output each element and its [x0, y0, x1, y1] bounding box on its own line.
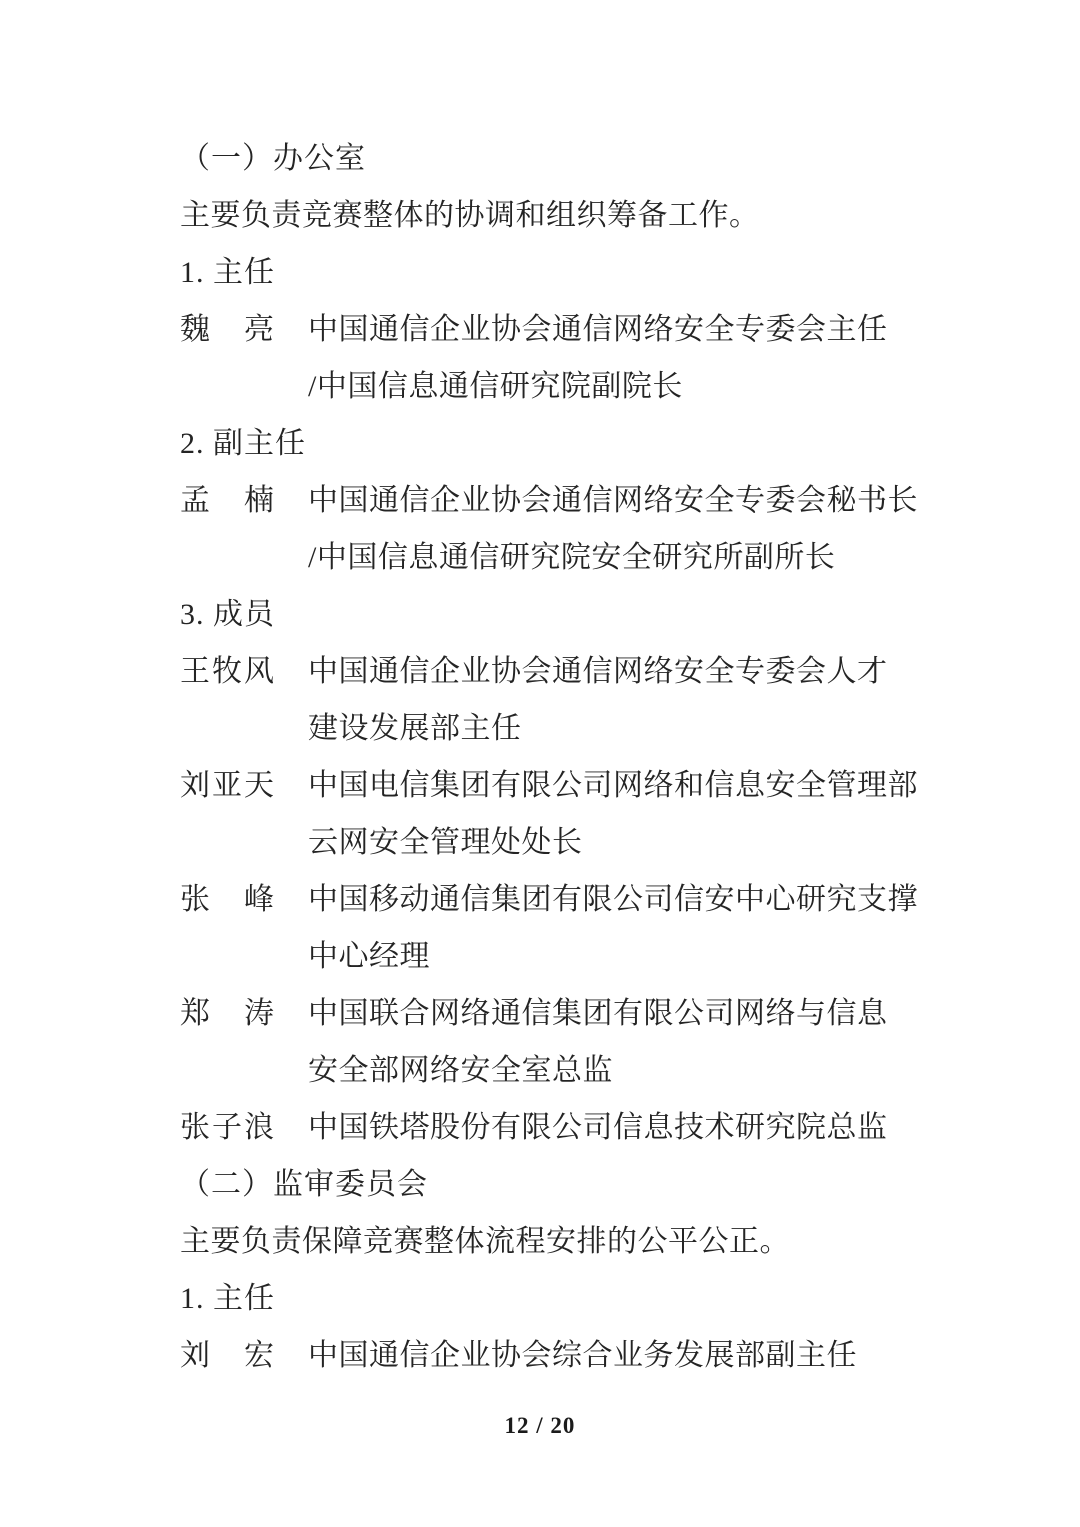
member-title-line: 安全部网络安全室总监 — [308, 1042, 1025, 1099]
member-row: 张子浪 中国铁塔股份有限公司信息技术研究院总监 — [180, 1099, 1025, 1156]
member-title-line: 建设发展部主任 — [308, 700, 1025, 757]
member-title: 中国通信企业协会通信网络安全专委会秘书长 /中国信息通信研究院安全研究所副所长 — [308, 472, 1025, 586]
section-1-intro: 主要负责竞赛整体的协调和组织筹备工作。 — [180, 187, 1025, 244]
section-2-heading: （二）监审委员会 — [180, 1156, 1025, 1213]
member-title-line: 中国通信企业协会通信网络安全专委会主任 — [308, 301, 1025, 358]
document-page: （一）办公室 主要负责竞赛整体的协调和组织筹备工作。 1. 主任 魏 亮 中国通… — [0, 0, 1080, 1527]
member-title: 中国电信集团有限公司网络和信息安全管理部 云网安全管理处处长 — [308, 757, 1025, 871]
member-title-line: 中国联合网络通信集团有限公司网络与信息 — [308, 985, 1025, 1042]
section-2-group-1-label: 1. 主任 — [180, 1270, 1025, 1327]
member-title-line: /中国信息通信研究院副院长 — [308, 358, 1025, 415]
member-name: 王牧风 — [180, 643, 308, 700]
member-title-line: 中国通信企业协会通信网络安全专委会人才 — [308, 643, 1025, 700]
member-title-line: 中国移动通信集团有限公司信安中心研究支撑 — [308, 871, 1025, 928]
member-row: 张 峰 中国移动通信集团有限公司信安中心研究支撑 中心经理 — [180, 871, 1025, 985]
section-1-group-1-label: 1. 主任 — [180, 244, 1025, 301]
member-row: 郑 涛 中国联合网络通信集团有限公司网络与信息 安全部网络安全室总监 — [180, 985, 1025, 1099]
page-content: （一）办公室 主要负责竞赛整体的协调和组织筹备工作。 1. 主任 魏 亮 中国通… — [180, 130, 1025, 1384]
member-row: 魏 亮 中国通信企业协会通信网络安全专委会主任 /中国信息通信研究院副院长 — [180, 301, 1025, 415]
member-name: 郑 涛 — [180, 985, 308, 1042]
member-title: 中国联合网络通信集团有限公司网络与信息 安全部网络安全室总监 — [308, 985, 1025, 1099]
page-number: 12 / 20 — [0, 1413, 1080, 1439]
member-name: 刘亚天 — [180, 757, 308, 814]
member-title: 中国移动通信集团有限公司信安中心研究支撑 中心经理 — [308, 871, 1025, 985]
member-title-line: 中国通信企业协会通信网络安全专委会秘书长 — [308, 472, 1025, 529]
member-title-line: 中心经理 — [308, 928, 1025, 985]
section-2-intro: 主要负责保障竞赛整体流程安排的公平公正。 — [180, 1213, 1025, 1270]
member-name: 刘 宏 — [180, 1327, 308, 1384]
member-row: 刘 宏 中国通信企业协会综合业务发展部副主任 — [180, 1327, 1025, 1384]
member-title: 中国通信企业协会通信网络安全专委会人才 建设发展部主任 — [308, 643, 1025, 757]
member-title-line: /中国信息通信研究院安全研究所副所长 — [308, 529, 1025, 586]
member-title: 中国通信企业协会通信网络安全专委会主任 /中国信息通信研究院副院长 — [308, 301, 1025, 415]
member-title-line: 中国铁塔股份有限公司信息技术研究院总监 — [308, 1099, 1025, 1156]
member-title-line: 中国通信企业协会综合业务发展部副主任 — [308, 1327, 1025, 1384]
member-name: 张子浪 — [180, 1099, 308, 1156]
member-name: 孟 楠 — [180, 472, 308, 529]
member-title-line: 中国电信集团有限公司网络和信息安全管理部 — [308, 757, 1025, 814]
section-1-group-3-label: 3. 成员 — [180, 586, 1025, 643]
section-1-group-2-label: 2. 副主任 — [180, 415, 1025, 472]
member-name: 张 峰 — [180, 871, 308, 928]
section-1-heading: （一）办公室 — [180, 130, 1025, 187]
member-row: 刘亚天 中国电信集团有限公司网络和信息安全管理部 云网安全管理处处长 — [180, 757, 1025, 871]
member-row: 王牧风 中国通信企业协会通信网络安全专委会人才 建设发展部主任 — [180, 643, 1025, 757]
member-title: 中国铁塔股份有限公司信息技术研究院总监 — [308, 1099, 1025, 1156]
member-title: 中国通信企业协会综合业务发展部副主任 — [308, 1327, 1025, 1384]
member-name: 魏 亮 — [180, 301, 308, 358]
member-row: 孟 楠 中国通信企业协会通信网络安全专委会秘书长 /中国信息通信研究院安全研究所… — [180, 472, 1025, 586]
member-title-line: 云网安全管理处处长 — [308, 814, 1025, 871]
